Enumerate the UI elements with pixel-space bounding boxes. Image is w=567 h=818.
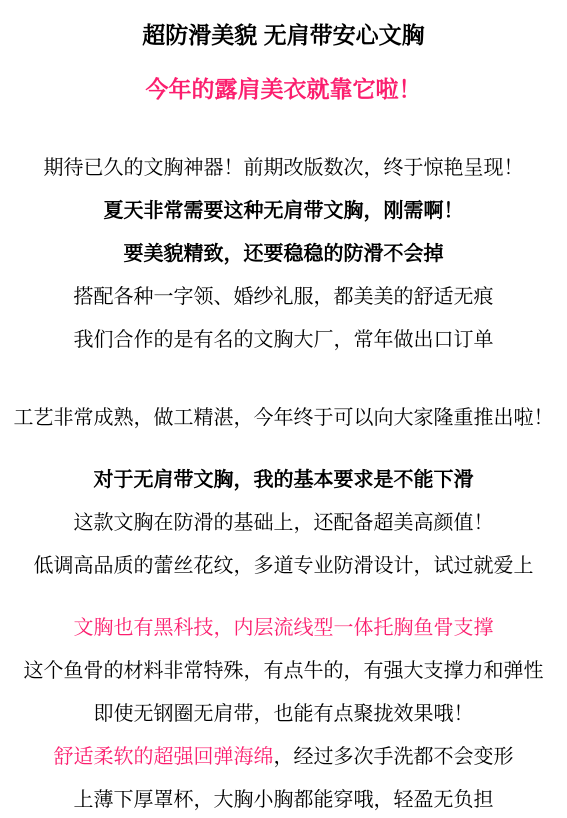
paragraph-sponge: 舒适柔软的超强回弹海绵，经过多次手洗都不会变形 bbox=[0, 744, 567, 771]
paragraph-push-up-effect: 即使无钢圈无肩带，也能有点聚拢效果哦！ bbox=[0, 701, 567, 728]
paragraph-lace-design: 低调高品质的蕾丝花纹，多道专业防滑设计，试过就爱上 bbox=[0, 553, 567, 580]
product-description-article: 超防滑美貌 无肩带安心文胸 今年的露肩美衣就靠它啦！ 期待已久的文胸神器！前期改… bbox=[0, 0, 567, 814]
paragraph-intro: 期待已久的文胸神器！前期改版数次，终于惊艳呈现！ bbox=[0, 155, 567, 182]
paragraph-sponge-rest: ，经过多次手洗都不会变形 bbox=[274, 746, 514, 768]
article-title: 超防滑美貌 无肩带安心文胸 bbox=[0, 20, 567, 50]
paragraph-cup-design: 上薄下厚罩杯，大胸小胸都能穿哦，轻盈无负担 bbox=[0, 787, 567, 814]
paragraph-sponge-highlight: 舒适柔软的超强回弹海绵 bbox=[54, 746, 274, 768]
paragraph-beauty-antislip: 要美貌精致，还要稳稳的防滑不会掉 bbox=[0, 241, 567, 268]
paragraph-black-tech: 文胸也有黑科技，内层流线型一体托胸鱼骨支撑 bbox=[0, 615, 567, 642]
paragraph-craftsmanship: 工艺非常成熟，做工精湛，今年终于可以向大家隆重推出啦！ bbox=[0, 405, 567, 432]
paragraph-factory: 我们合作的是有名的文胸大厂，常年做出口订单 bbox=[0, 327, 567, 354]
paragraph-basic-requirement: 对于无肩带文胸，我的基本要求是不能下滑 bbox=[0, 467, 567, 494]
paragraph-summer-need: 夏天非常需要这种无肩带文胸，刚需啊！ bbox=[0, 198, 567, 225]
paragraph-fishbone-material: 这个鱼骨的材料非常特殊，有点牛的，有强大支撑力和弹性 bbox=[0, 658, 567, 685]
paragraph-high-value: 这款文胸在防滑的基础上，还配备超美高颜值！ bbox=[0, 510, 567, 537]
article-subtitle: 今年的露肩美衣就靠它啦！ bbox=[0, 74, 567, 104]
paragraph-outfit-match: 搭配各种一字领、婚纱礼服，都美美的舒适无痕 bbox=[0, 284, 567, 311]
